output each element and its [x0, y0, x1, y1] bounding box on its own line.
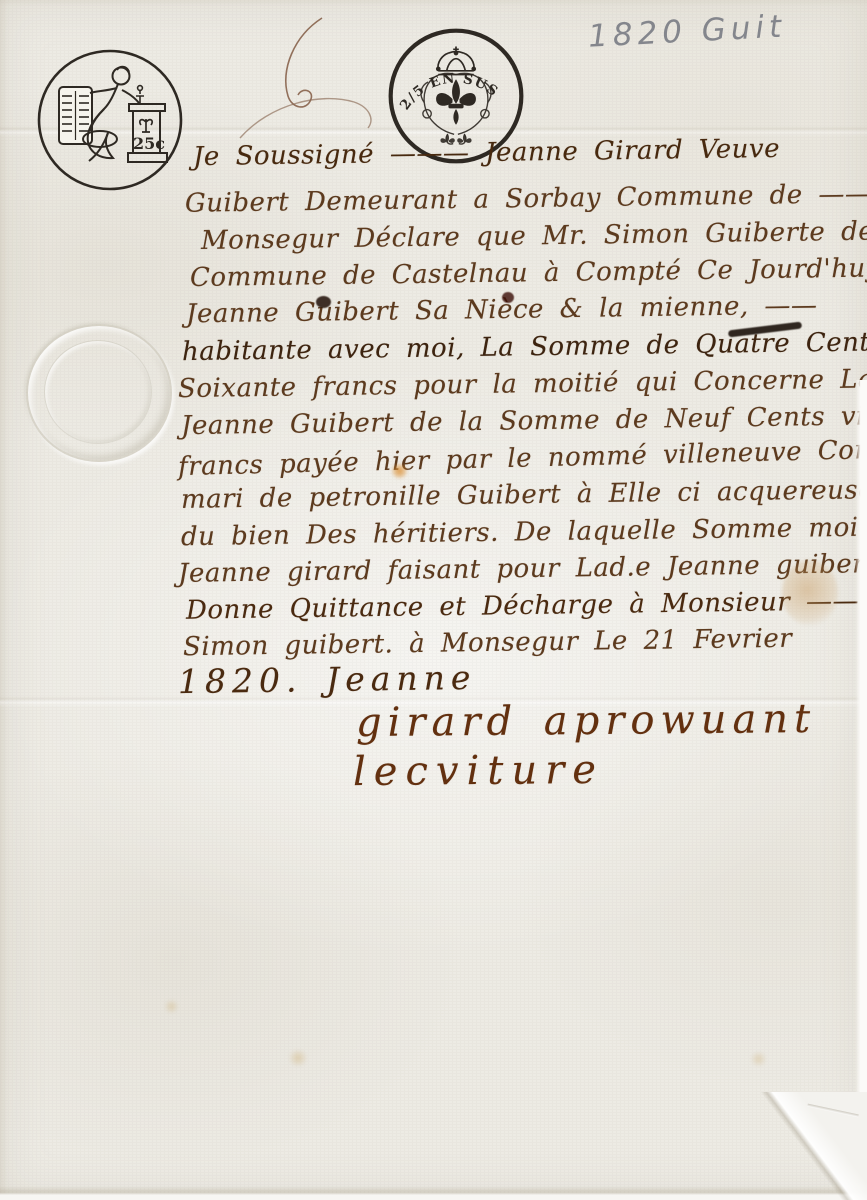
paper-stain: [750, 1052, 767, 1066]
manuscript-line: Commune de Castelnau à Compté Ce Jourd'h…: [190, 253, 867, 293]
manuscript-line: Jeanne Guibert de la Somme de Neuf Cents…: [181, 401, 867, 441]
paper-edge: [0, 1186, 867, 1200]
manuscript-line: francs payée hier par le nommé villeneuv…: [178, 434, 867, 482]
manuscript-date-line: 1820. Jeanne: [178, 658, 477, 701]
seated-figure-stamp-icon: 25c: [34, 46, 186, 194]
corner-fold-notch: [807, 1104, 858, 1118]
stamp-denomination: 25c: [133, 134, 165, 153]
manuscript-line: Guibert Demeurant a Sorbay Commune de ——: [185, 179, 867, 219]
manuscript-line: du bien Des héritiers. De laquelle Somme…: [181, 512, 867, 552]
manuscript-line: Simon guibert. à Monsegur Le 21 Fevrier: [183, 624, 793, 663]
signature-line: girard aprowuant: [356, 696, 817, 746]
paper-stain: [288, 1050, 308, 1066]
manuscript-line: Monsegur Déclare que Mr. Simon Guiberte …: [201, 216, 867, 256]
manuscript-line: Jeanne girard faisant pour Lad.e Jeanne …: [178, 549, 867, 589]
crown-icon: [437, 47, 475, 75]
manuscript-line: Jeanne Guibert Sa Nièce & la mienne, ——: [186, 291, 818, 330]
embossed-seal-inner-ring: [44, 340, 152, 444]
embossed-seal-icon: [26, 324, 172, 462]
manuscript-line: habitante avec moi, La Somme de Quatre C…: [182, 327, 867, 367]
signature-line: lecviture: [353, 747, 604, 795]
pen-flourish-icon: [222, 6, 392, 151]
manuscript-line: Soixante francs pour la moitié qui Conce…: [178, 364, 867, 404]
pencil-annotation: 1820 Guit: [587, 5, 849, 55]
fiscal-stamp-25c-icon: 25c: [34, 46, 186, 194]
manuscript-line: Donne Quittance et Décharge à Monsieur —…: [186, 586, 859, 625]
paper-stain: [164, 1000, 179, 1013]
paper-edge: [855, 380, 867, 1200]
scanned-document-page: 25c 2/5 EN SUS LOI DE 1816.: [0, 0, 867, 1200]
manuscript-line: mari de petronille Guibert à Elle ci acq…: [181, 475, 867, 515]
corner-fold-crease: [747, 1092, 867, 1200]
